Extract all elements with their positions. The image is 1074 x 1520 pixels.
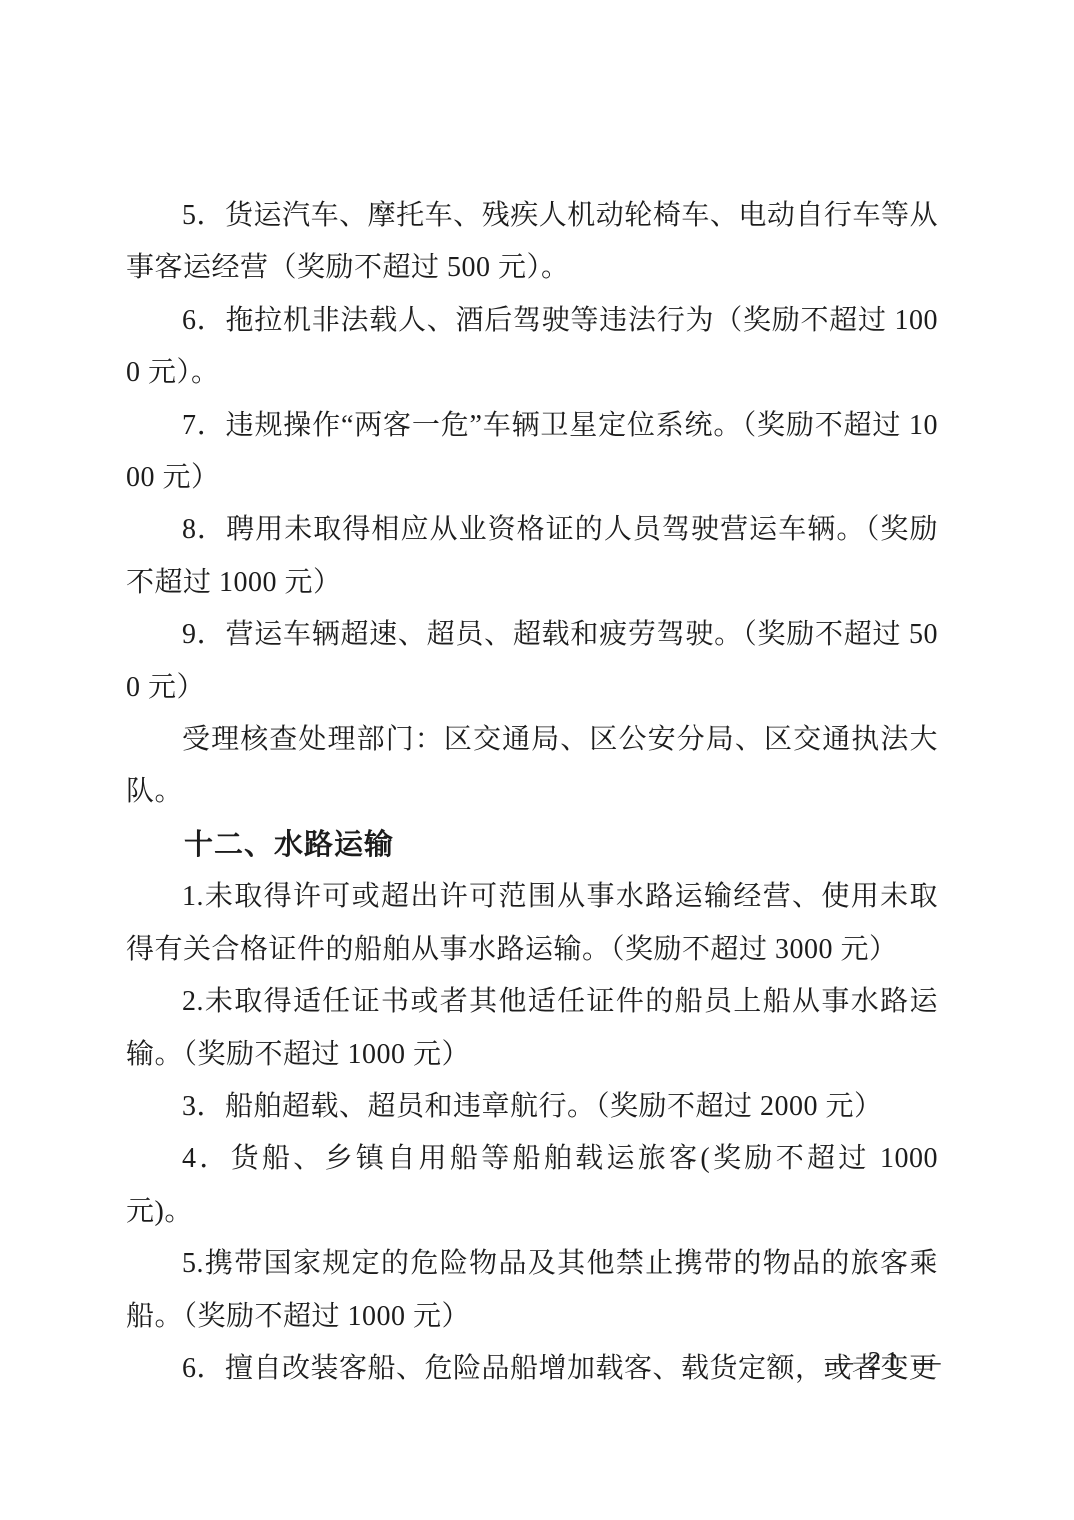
handling-departments-note: 受理核查处理部门：区交通局、区公安分局、区交通执法大队。 <box>126 714 938 819</box>
list-item-water-6: 6．擅自改装客船、危险品船增加载客、载货定额，或者变更 <box>126 1343 938 1395</box>
list-item-road-9: 9．营运车辆超速、超员、超载和疲劳驾驶。（奖励不超过 500 元） <box>126 609 938 714</box>
list-item-water-4: 4．货船、乡镇自用船等船舶载运旅客(奖励不超过 1000 元)。 <box>126 1133 938 1238</box>
section-heading-water-transport: 十二、水路运输 <box>126 819 938 871</box>
list-item-water-5: 5.携带国家规定的危险物品及其他禁止携带的物品的旅客乘船。（奖励不超过 1000… <box>126 1238 938 1343</box>
document-page: 5．货运汽车、摩托车、残疾人机动轮椅车、电动自行车等从事客运经营（奖励不超过 5… <box>0 0 1074 1520</box>
list-item-water-1: 1.未取得许可或超出许可范围从事水路运输经营、使用未取得有关合格证件的船舶从事水… <box>126 871 938 976</box>
list-item-road-7: 7．违规操作“两客一危”车辆卫星定位系统。（奖励不超过 1000 元） <box>126 400 938 505</box>
list-item-road-5: 5．货运汽车、摩托车、残疾人机动轮椅车、电动自行车等从事客运经营（奖励不超过 5… <box>126 190 938 295</box>
document-body: 5．货运汽车、摩托车、残疾人机动轮椅车、电动自行车等从事客运经营（奖励不超过 5… <box>126 190 938 1395</box>
list-item-road-8: 8．聘用未取得相应从业资格证的人员驾驶营运车辆。（奖励不超过 1000 元） <box>126 504 938 609</box>
list-item-road-6: 6．拖拉机非法载人、酒后驾驶等违法行为（奖励不超过 1000 元）。 <box>126 295 938 400</box>
list-item-water-2: 2.未取得适任证书或者其他适任证件的船员上船从事水路运输。（奖励不超过 1000… <box>126 976 938 1081</box>
list-item-water-3: 3．船舶超载、超员和违章航行。（奖励不超过 2000 元） <box>126 1081 938 1133</box>
page-number: — 21 — <box>826 1346 945 1377</box>
